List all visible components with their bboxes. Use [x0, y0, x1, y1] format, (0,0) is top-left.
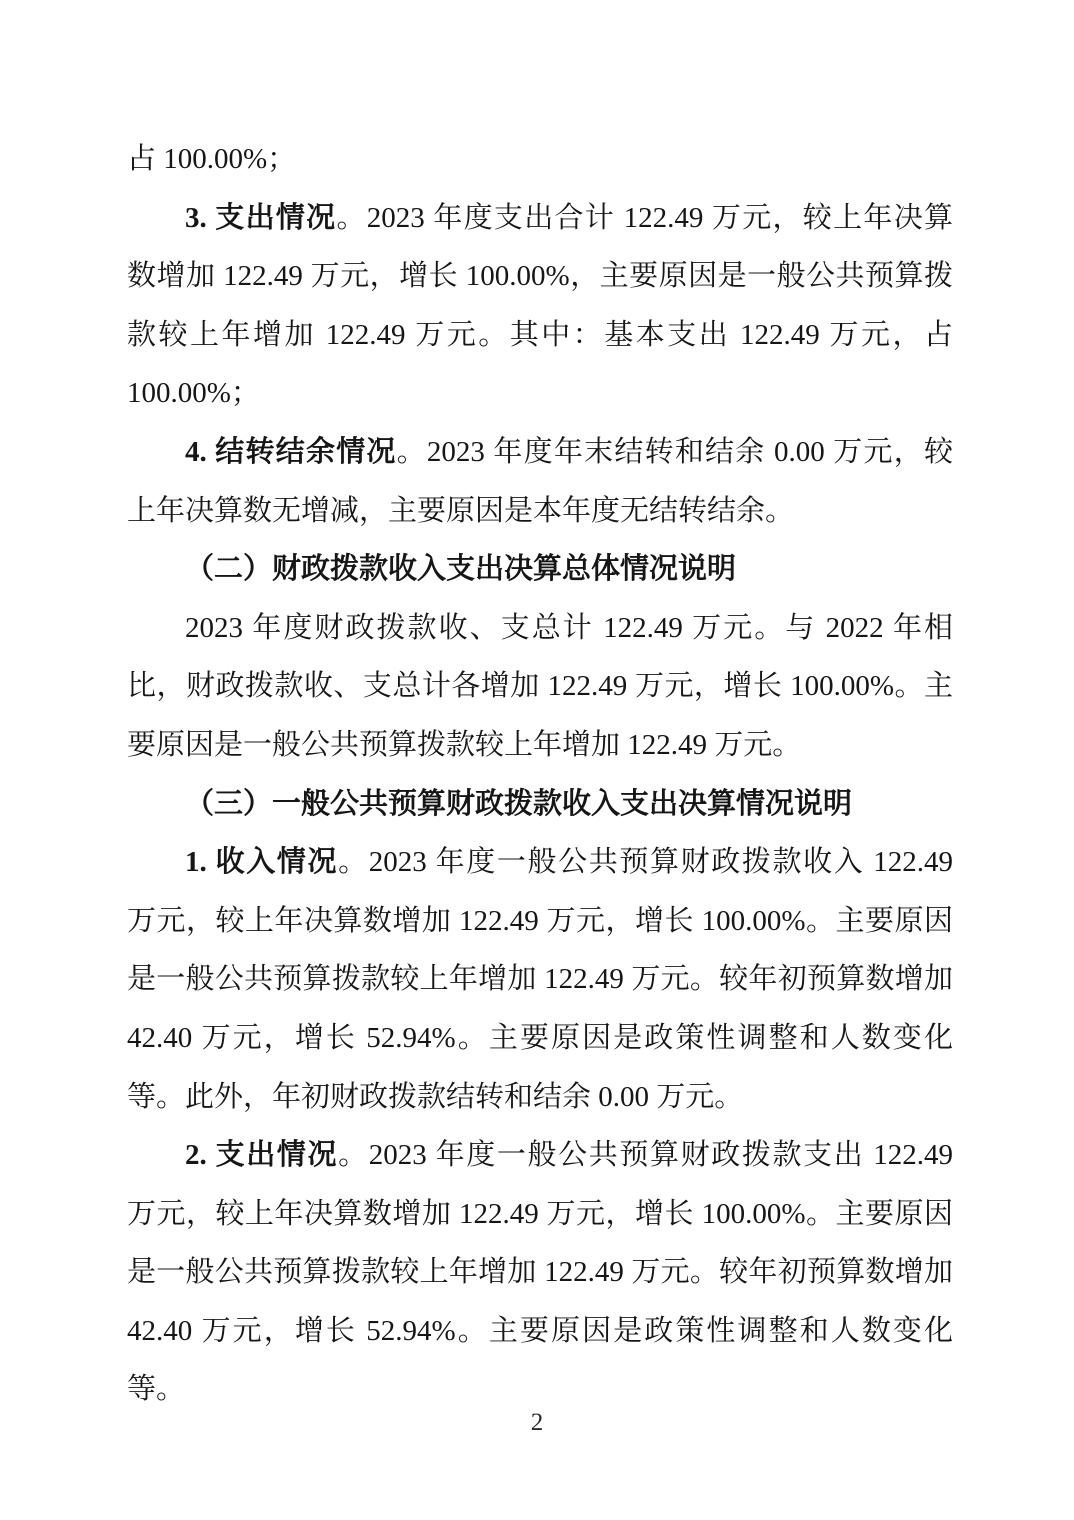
- paragraph-lead: 3. 支出情况: [185, 202, 336, 234]
- section-heading-general-public-budget: （三）一般公共预算财政拨款收入支出决算情况说明: [127, 775, 953, 834]
- paragraph-text: 2023 年度财政拨款收、支总计 122.49 万元。与 2022 年相比，财政…: [127, 612, 953, 761]
- section-heading-fiscal-appropriation-overview: （二）财政拨款收入支出决算总体情况说明: [127, 540, 953, 599]
- paragraph-lead: 1. 收入情况: [185, 846, 338, 878]
- paragraph-text: 占 100.00%；: [127, 143, 296, 175]
- paragraph-expenditure-summary: 3. 支出情况。2023 年度支出合计 122.49 万元，较上年决算数增加 1…: [127, 189, 953, 423]
- section-heading-text: （三）一般公共预算财政拨款收入支出决算情况说明: [185, 788, 852, 820]
- page-number: 2: [0, 1408, 1074, 1438]
- paragraph-carryover-summary: 4. 结转结余情况。2023 年度年末结转和结余 0.00 万元，较上年决算数无…: [127, 423, 953, 540]
- paragraph-fiscal-appropriation-total: 2023 年度财政拨款收、支总计 122.49 万元。与 2022 年相比，财政…: [127, 599, 953, 775]
- document-page: 占 100.00%； 3. 支出情况。2023 年度支出合计 122.49 万元…: [0, 0, 1074, 1520]
- paragraph-income-situation: 1. 收入情况。2023 年度一般公共预算财政拨款收入 122.49 万元，较上…: [127, 833, 953, 1126]
- paragraph-continuation-share: 占 100.00%；: [127, 130, 953, 189]
- paragraph-lead: 4. 结转结余情况: [185, 436, 397, 468]
- paragraph-text: 。2023 年度一般公共预算财政拨款收入 122.49 万元，较上年决算数增加 …: [127, 846, 953, 1112]
- paragraph-text: 。2023 年度一般公共预算财政拨款支出 122.49 万元，较上年决算数增加 …: [127, 1139, 953, 1405]
- document-body: 占 100.00%； 3. 支出情况。2023 年度支出合计 122.49 万元…: [127, 130, 953, 1419]
- section-heading-text: （二）财政拨款收入支出决算总体情况说明: [185, 553, 736, 585]
- paragraph-lead: 2. 支出情况: [185, 1139, 338, 1171]
- paragraph-expenditure-situation: 2. 支出情况。2023 年度一般公共预算财政拨款支出 122.49 万元，较上…: [127, 1126, 953, 1419]
